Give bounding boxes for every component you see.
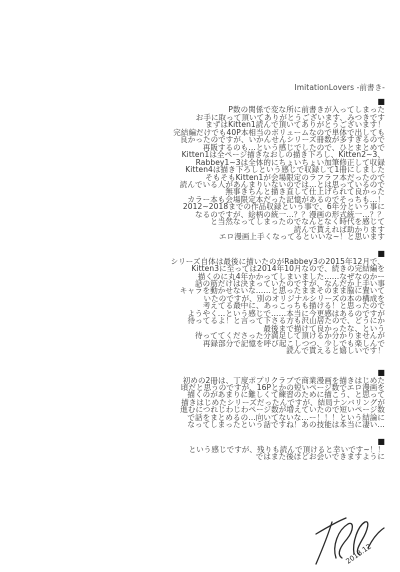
- page-title: ImitationLovers -前書き-: [85, 84, 385, 91]
- foreword-paragraph-6: シリーズ自体は最後に描いたのがRabbey3の2015年12月で、Kitten3…: [85, 258, 385, 280]
- foreword-text-column: ImitationLovers -前書き- ■ P数の関係で変な所に前書きが入っ…: [85, 84, 385, 461]
- scanned-foreword-page: ImitationLovers -前書き- ■ P数の関係で変な所に前書きが入っ…: [0, 0, 400, 572]
- foreword-paragraph-3: 完結編だけでも40P本相当のボリュームなので単体で出しても良かったのですが、いか…: [85, 129, 385, 174]
- text-line: ではまた後ほどお会いできますように: [85, 453, 385, 460]
- text-line: なってしまったという話ですね！あの技能は本当に凄い…: [85, 421, 385, 428]
- foreword-paragraph-7: 話の筋だけは決まっていたのですが、なんだか上手い事キャラを動かせないな……と思っ…: [85, 280, 385, 355]
- text-line: エロ漫画上手くなってるといいな~！と思います: [85, 233, 385, 240]
- foreword-paragraph-8: 初めの2冊は、丁度ポプリクラブで商業漫画を描きはじめた頃だと思うのですが、16P…: [85, 377, 385, 429]
- text-line: 読んで貰えると嬉しいです！: [85, 347, 385, 354]
- author-signature: 2018.12: [302, 512, 392, 570]
- foreword-paragraph-4: そもそもKitten1が会場限定のラフラフ本だったので読んでいる人があんまりいな…: [85, 174, 385, 204]
- foreword-paragraph-9: という感じですが、残りも読んで頂けると幸いです~！！ではまた後ほどお会いできます…: [85, 446, 385, 461]
- foreword-paragraph-5: 2012~2018までの作品収録という事で、6年分という事になるのですが、絵柄の…: [85, 203, 385, 240]
